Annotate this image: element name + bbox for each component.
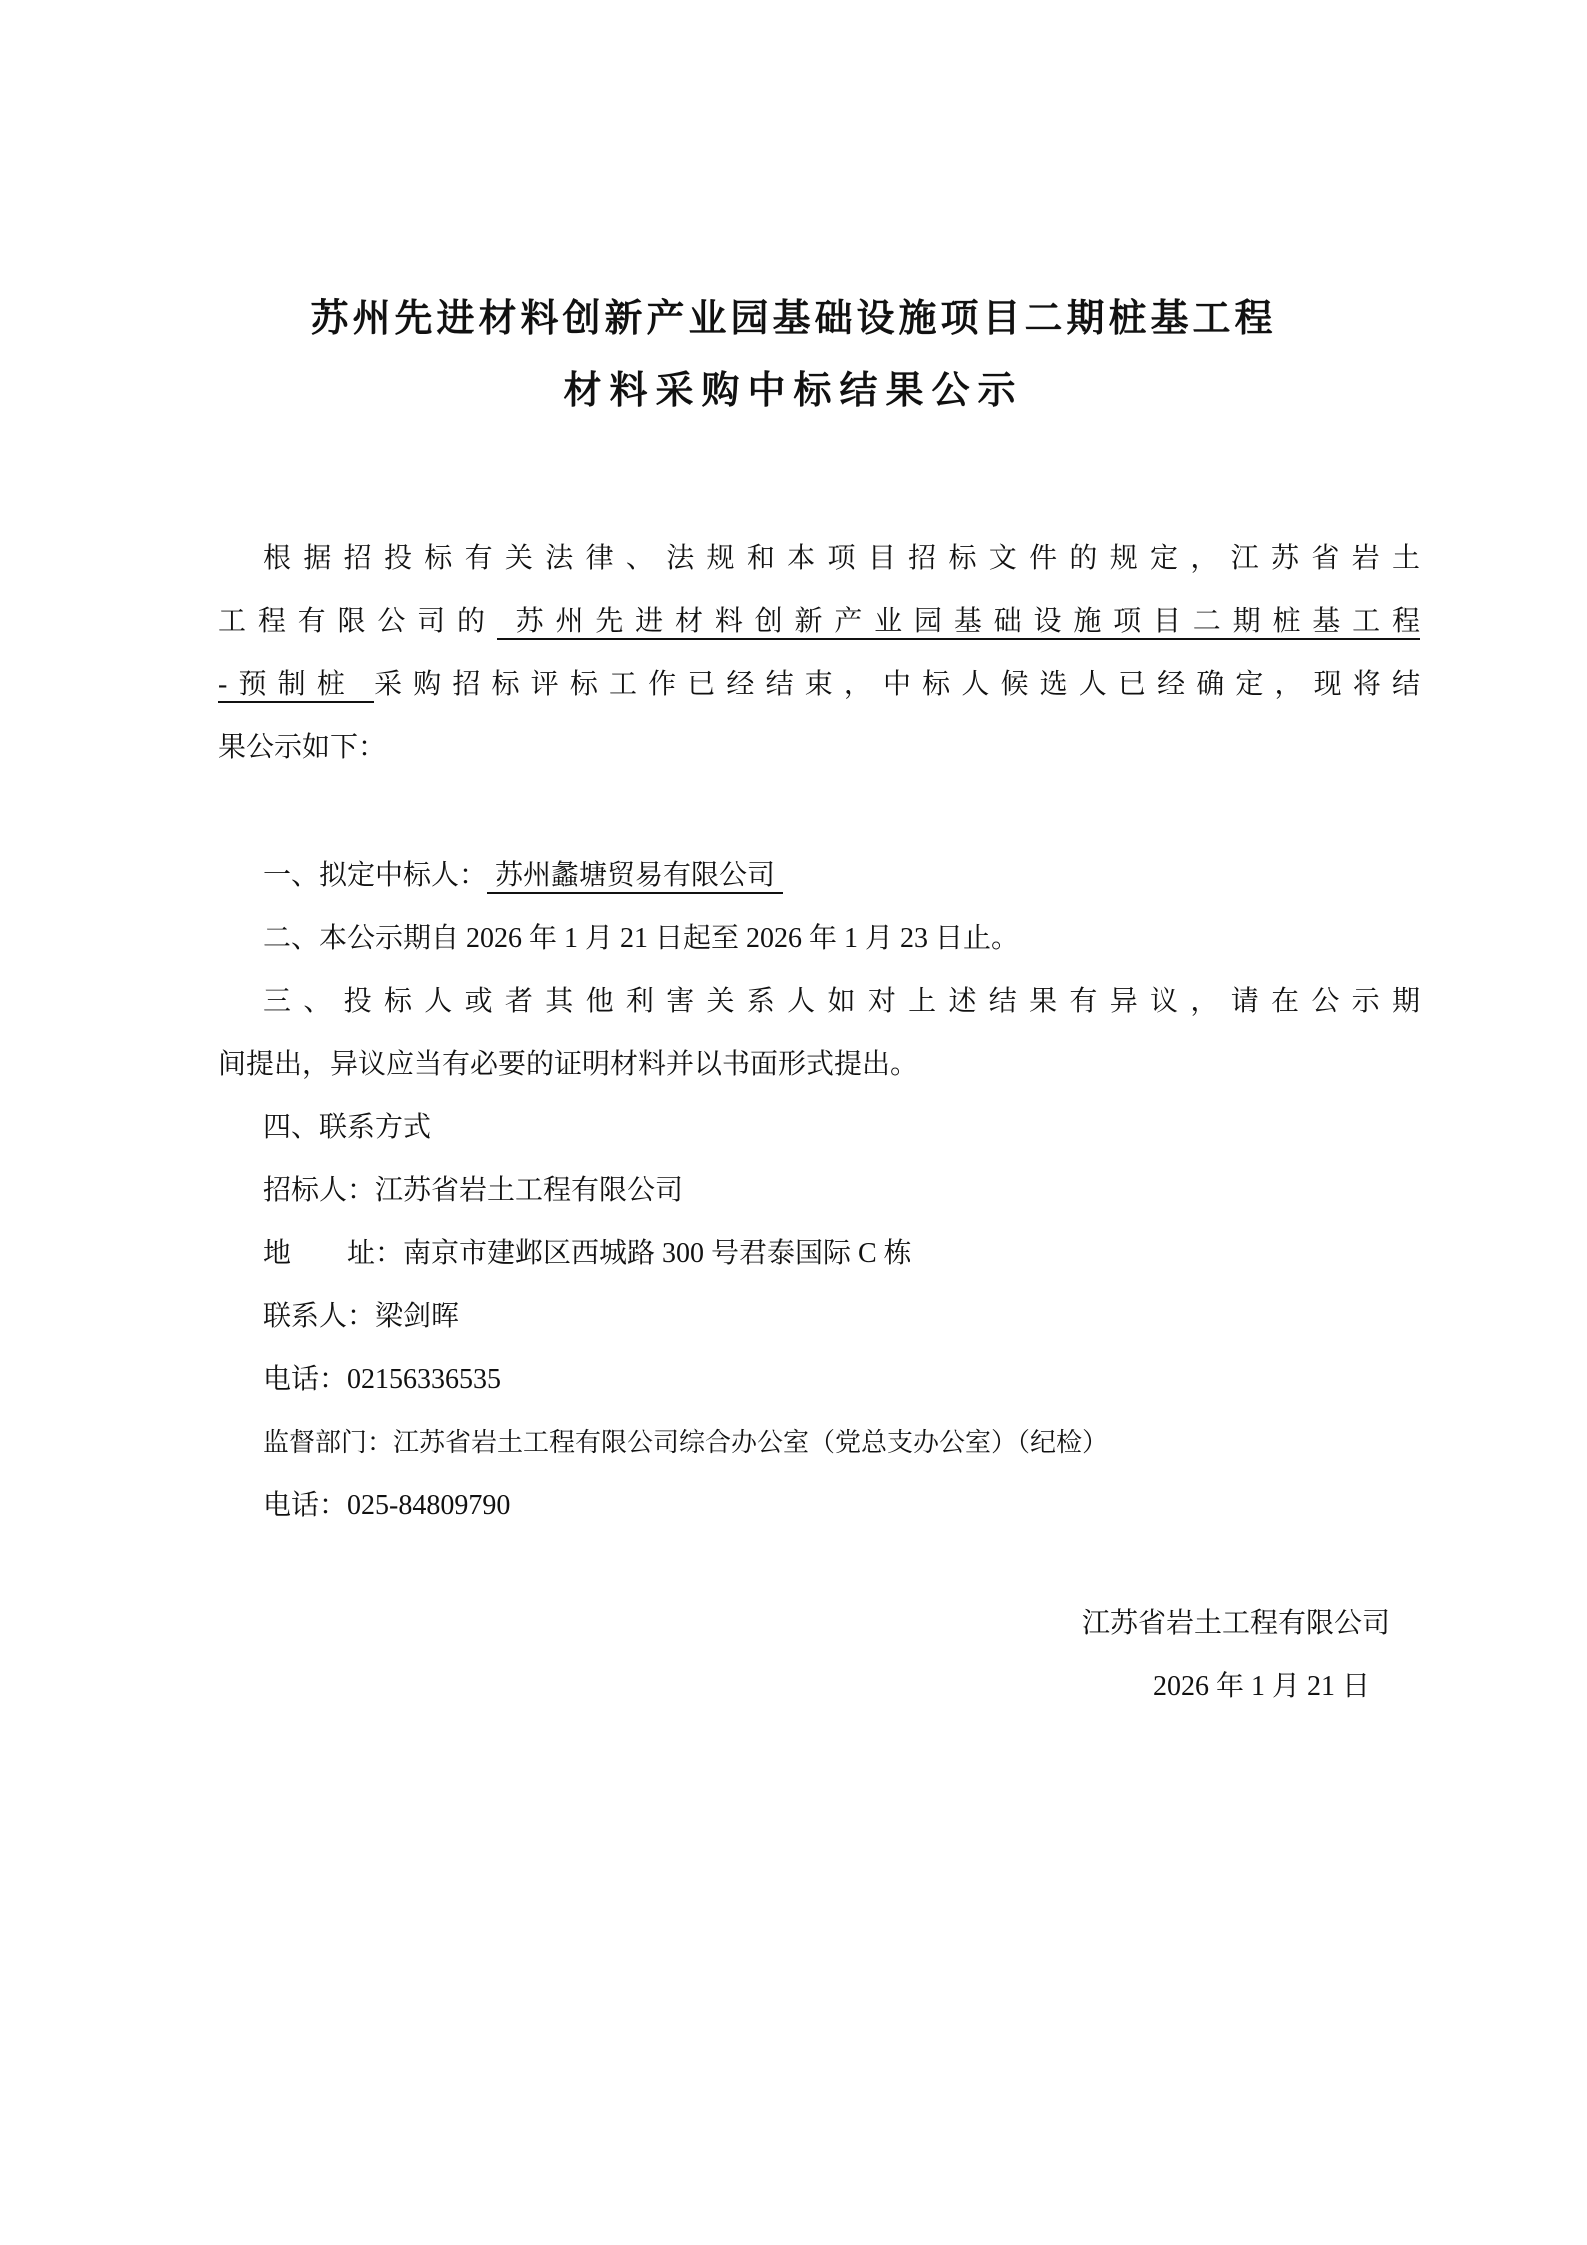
- item-objection-line2: 间提出，异议应当有必要的证明材料并以书面形式提出。: [218, 1033, 1420, 1096]
- contact-tenderer: 招标人：江苏省岩土工程有限公司: [218, 1159, 1420, 1222]
- contact-phone-2: 电话：025-84809790: [218, 1474, 1420, 1537]
- result-items: 一、拟定中标人：苏州蠡塘贸易有限公司 二、本公示期自 2026 年 1 月 21…: [218, 844, 1420, 1159]
- document-page: 苏州先进材料创新产业园基础设施项目二期桩基工程 材料采购中标结果公示 根据招投标…: [0, 0, 1587, 2245]
- item-contact-heading: 四、联系方式: [218, 1096, 1420, 1159]
- project-name-underlined: 苏州先进材料创新产业园基础设施项目二期桩基工程: [497, 606, 1420, 640]
- item-publicity-period: 二、本公示期自 2026 年 1 月 21 日起至 2026 年 1 月 23 …: [218, 907, 1420, 970]
- item-winner: 一、拟定中标人：苏州蠡塘贸易有限公司: [218, 844, 1420, 907]
- contact-phone-1: 电话：02156336535: [218, 1348, 1420, 1411]
- signature-date: 2026 年 1 月 21 日: [218, 1655, 1370, 1718]
- document-title: 苏州先进材料创新产业园基础设施项目二期桩基工程 材料采购中标结果公示: [0, 0, 1587, 427]
- item-objection-line1: 三、投标人或者其他利害关系人如对上述结果有异议，请在公示期: [218, 970, 1420, 1033]
- signature-block: 江苏省岩土工程有限公司 2026 年 1 月 21 日: [218, 1592, 1420, 1718]
- intro-line-2: 工程有限公司的 苏州先进材料创新产业园基础设施项目二期桩基工程: [218, 590, 1420, 653]
- contact-section: 招标人：江苏省岩土工程有限公司 地 址：南京市建邺区西城路 300 号君泰国际 …: [218, 1159, 1420, 1537]
- contact-address: 地 址：南京市建邺区西城路 300 号君泰国际 C 栋: [218, 1222, 1420, 1285]
- intro-line-3: -预制桩 采购招标评标工作已经结束，中标人候选人已经确定，现将结: [218, 653, 1420, 716]
- document-body: 根据招投标有关法律、法规和本项目招标文件的规定，江苏省岩土 工程有限公司的 苏州…: [0, 527, 1587, 1718]
- winner-company-underlined: 苏州蠡塘贸易有限公司: [487, 860, 783, 894]
- contact-person: 联系人：梁剑晖: [218, 1285, 1420, 1348]
- document-title-line2: 材料采购中标结果公示: [0, 355, 1587, 427]
- intro-line-2-text: 工程有限公司的: [218, 606, 497, 637]
- intro-paragraph: 根据招投标有关法律、法规和本项目招标文件的规定，江苏省岩土 工程有限公司的 苏州…: [218, 527, 1420, 779]
- item-winner-label: 一、拟定中标人：: [263, 860, 487, 891]
- intro-line-1: 根据招投标有关法律、法规和本项目招标文件的规定，江苏省岩土: [218, 527, 1420, 590]
- document-title-line1: 苏州先进材料创新产业园基础设施项目二期桩基工程: [0, 283, 1587, 355]
- contact-supervision-dept: 监督部门：江苏省岩土工程有限公司综合办公室（党总支办公室）（纪检）: [218, 1411, 1420, 1474]
- signature-company: 江苏省岩土工程有限公司: [218, 1592, 1390, 1655]
- intro-line-3-text: 采购招标评标工作已经结束，中标人候选人已经确定，现将结: [374, 669, 1420, 700]
- lot-name-underlined: -预制桩: [218, 669, 374, 703]
- intro-line-4: 果公示如下：: [218, 716, 1420, 779]
